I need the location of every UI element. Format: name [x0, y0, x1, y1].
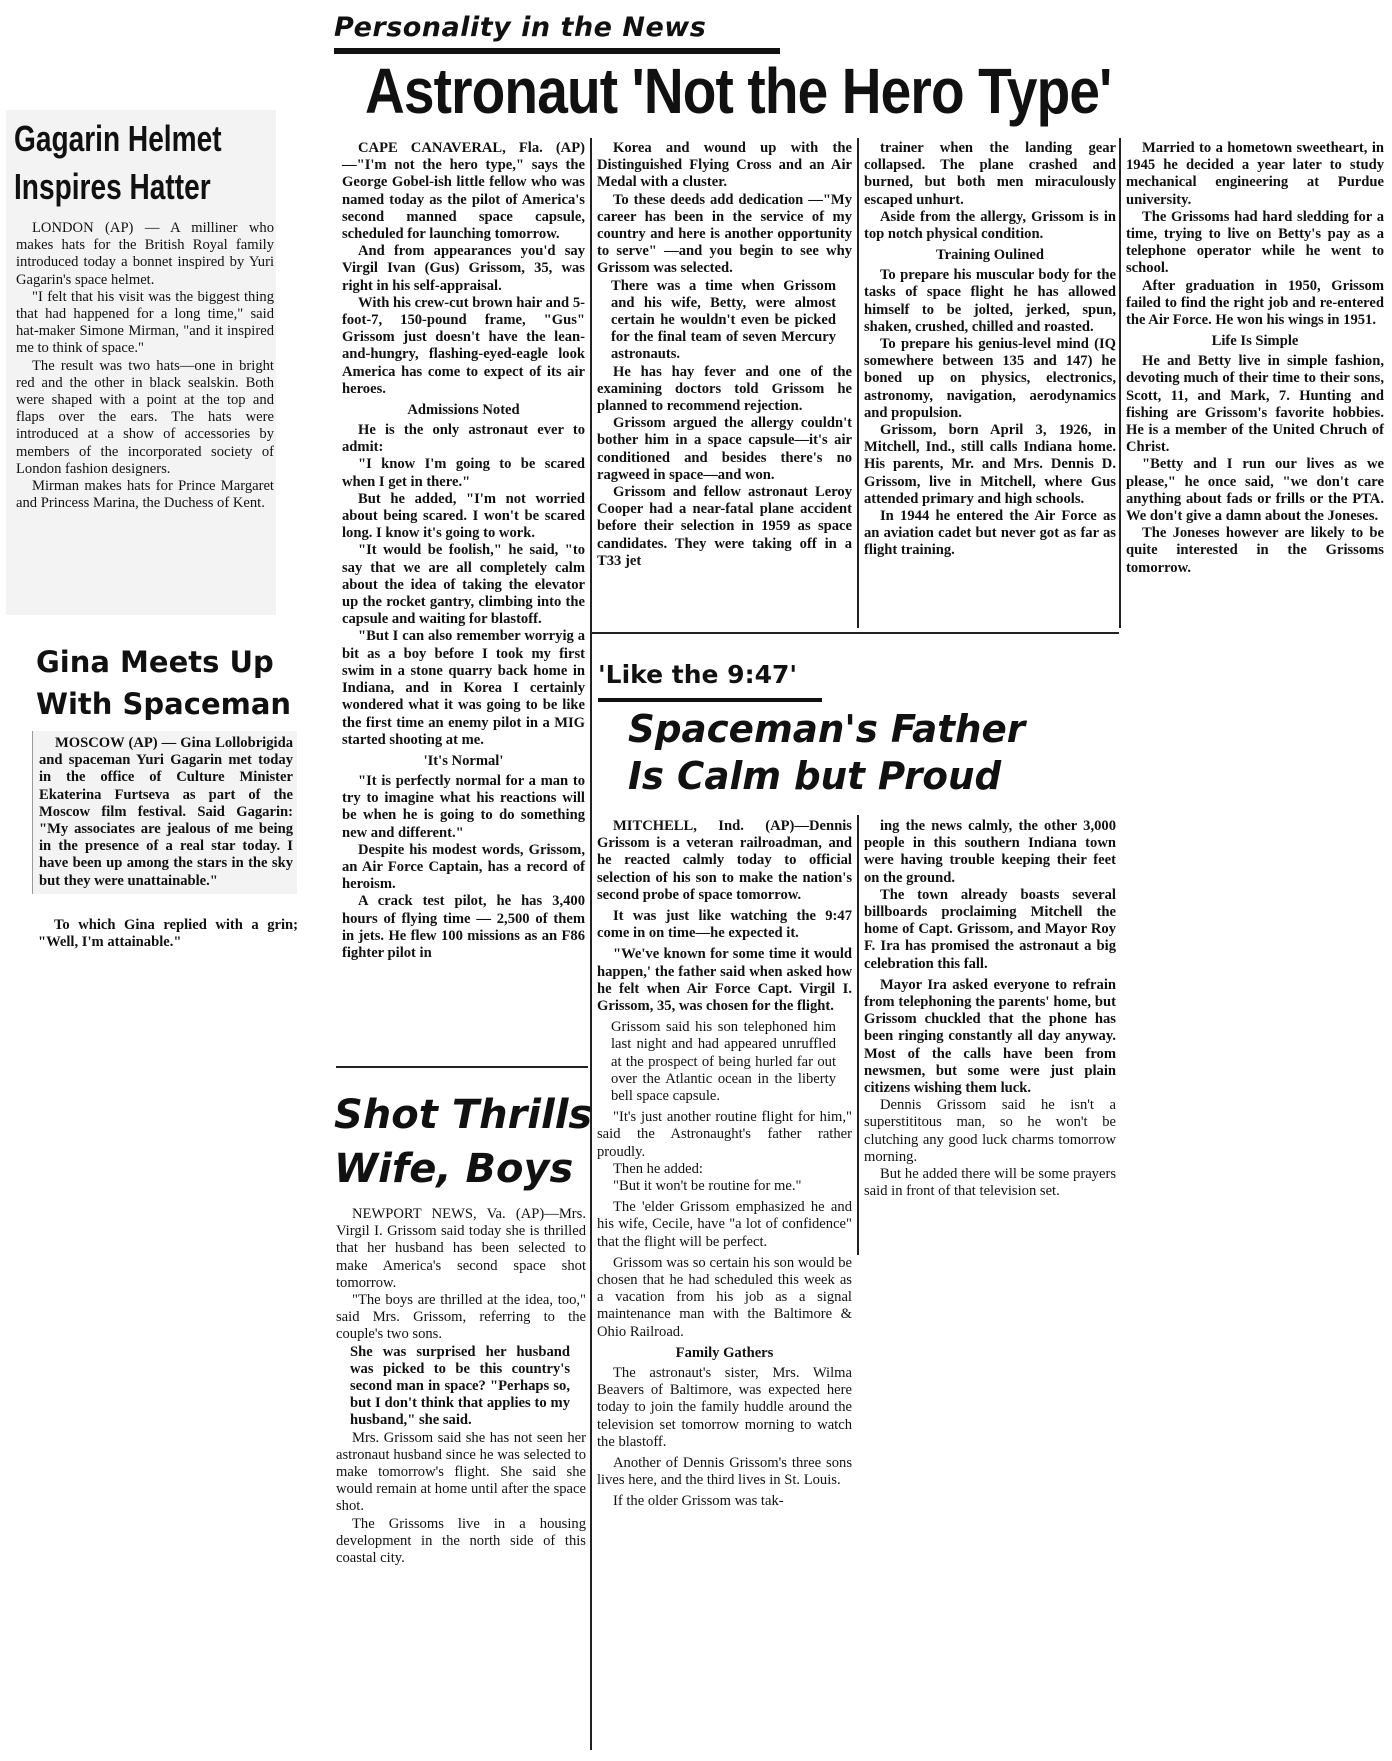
main-col-1: CAPE CANAVERAL, Fla. (AP) —"I'm not the …: [342, 140, 585, 962]
paragraph: NEWPORT NEWS, Va. (AP)—Mrs. Virgil I. Gr…: [336, 1206, 586, 1292]
paragraph: Mayor Ira asked everyone to refrain from…: [864, 977, 1116, 1097]
gagarin-body: LONDON (AP) — A milliner who makes hats …: [16, 220, 274, 512]
paragraph: To prepare his genius-level mind (IQ som…: [864, 336, 1116, 422]
inset-paragraph: Grissom said his son telephoned him last…: [611, 1019, 836, 1105]
column-rule: [1119, 138, 1121, 628]
paragraph: Despite his modest words, Grissom, an Ai…: [342, 842, 585, 894]
paragraph: The result was two hats—one in bright re…: [16, 358, 274, 478]
subheading: Admissions Noted: [342, 400, 585, 420]
inset-paragraph: There was a time when Grissom and his wi…: [611, 278, 836, 364]
main-col-3: trainer when the landing gear collapsed.…: [864, 140, 1116, 560]
gina-body-end: To which Gina replied with a grin; "Well…: [38, 917, 298, 951]
paragraph: A crack test pilot, he has 3,400 hours o…: [342, 893, 585, 962]
paragraph: Grissom argued the allergy couldn't both…: [597, 415, 852, 484]
paragraph: The Grissoms had hard sledding for a tim…: [1126, 209, 1384, 278]
paragraph: The town already boasts several billboar…: [864, 887, 1116, 973]
paragraph: "Betty and I run our lives as we please,…: [1126, 456, 1384, 525]
paragraph: Another of Dennis Grissom's three sons l…: [597, 1455, 852, 1489]
subheading: 'It's Normal': [342, 751, 585, 771]
paragraph: To these deeds add dedication —"My caree…: [597, 192, 852, 278]
paragraph: Mirman makes hats for Prince Margaret an…: [16, 478, 274, 512]
paragraph: MOSCOW (AP) — Gina Lollobrigida and spac…: [39, 735, 293, 890]
gagarin-headline-line2: Inspires Hatter: [14, 166, 211, 208]
paragraph: Grissom and fellow astronaut Leroy Coope…: [597, 484, 852, 570]
father-col-1: MITCHELL, Ind. (AP)—Dennis Grissom is a …: [597, 818, 852, 1511]
paragraph: The 'elder Grissom emphasized he and his…: [597, 1199, 852, 1251]
paragraph: In 1944 he entered the Air Force as an a…: [864, 508, 1116, 560]
paragraph: LONDON (AP) — A milliner who makes hats …: [16, 220, 274, 289]
paragraph: "I felt that his visit was the biggest t…: [16, 289, 274, 358]
gina-headline-line2: With Spaceman: [36, 687, 291, 721]
story-divider: [336, 1066, 588, 1068]
wife-headline-line2: Wife, Boys: [334, 1146, 573, 1192]
paragraph: Married to a hometown sweetheart, in 194…: [1126, 140, 1384, 209]
column-rule: [857, 138, 859, 628]
gagarin-headline-line1: Gagarin Helmet: [14, 118, 222, 160]
paragraph: Grissom was so certain his son would be …: [597, 1255, 852, 1341]
paragraph: Dennis Grissom said he isn't a superstit…: [864, 1097, 1116, 1166]
paragraph: "It is perfectly normal for a man to try…: [342, 773, 585, 842]
paragraph: He has hay fever and one of the examinin…: [597, 364, 852, 416]
paragraph: MITCHELL, Ind. (AP)—Dennis Grissom is a …: [597, 818, 852, 904]
paragraph: He is the only astronaut ever to admit:: [342, 422, 585, 456]
gina-body: MOSCOW (AP) — Gina Lollobrigida and spac…: [32, 731, 297, 894]
paragraph: It was just like watching the 9:47 come …: [597, 908, 852, 942]
subheading: Life Is Simple: [1126, 331, 1384, 351]
paragraph: "But I can also remember worryig a bit a…: [342, 628, 585, 748]
paragraph: CAPE CANAVERAL, Fla. (AP) —"I'm not the …: [342, 140, 585, 243]
column-rule: [590, 138, 592, 1750]
main-col-2: Korea and wound up with the Distinguishe…: [597, 140, 852, 570]
paragraph: The Joneses however are likely to be qui…: [1126, 525, 1384, 577]
paragraph: If the older Grissom was tak-: [597, 1493, 852, 1510]
story-divider: [592, 632, 1119, 634]
father-kicker: 'Like the 9:47': [598, 660, 797, 689]
wife-headline-line1: Shot Thrills: [334, 1092, 592, 1138]
paragraph: Korea and wound up with the Distinguishe…: [597, 140, 852, 192]
paragraph: ing the news calmly, the other 3,000 peo…: [864, 818, 1116, 887]
main-col-4: Married to a hometown sweetheart, in 194…: [1126, 140, 1384, 577]
paragraph: But he added, "I'm not worried about bei…: [342, 491, 585, 543]
paragraph: Mrs. Grissom said she has not seen her a…: [336, 1430, 586, 1516]
paragraph: The astronaut's sister, Mrs. Wilma Beave…: [597, 1365, 852, 1451]
paragraph: trainer when the landing gear collapsed.…: [864, 140, 1116, 209]
father-col-2: ing the news calmly, the other 3,000 peo…: [864, 818, 1116, 1200]
paragraph: To which Gina replied with a grin; "Well…: [38, 917, 298, 951]
paragraph: And from appearances you'd say Virgil Iv…: [342, 243, 585, 295]
paragraph: "It would be foolish," he said, "to say …: [342, 542, 585, 628]
paragraph: "We've known for some time it would happ…: [597, 946, 852, 1015]
inset-paragraph: She was surprised her husband was picked…: [350, 1344, 570, 1430]
paragraph: Then he added:: [597, 1161, 852, 1178]
column-rule: [857, 815, 859, 1255]
paragraph: "The boys are thrilled at the idea, too,…: [336, 1292, 586, 1344]
main-kicker: Personality in the News: [334, 12, 706, 43]
paragraph: To prepare his muscular body for the tas…: [864, 267, 1116, 336]
paragraph: Grissom, born April 3, 1926, in Mitchell…: [864, 422, 1116, 508]
paragraph: After graduation in 1950, Grissom failed…: [1126, 278, 1384, 330]
father-headline-line1: Spaceman's Father: [628, 707, 1025, 751]
gina-headline-line1: Gina Meets Up: [36, 645, 274, 679]
main-headline: Astronaut 'Not the Hero Type': [365, 54, 1111, 128]
subheading: Training Oulined: [864, 245, 1116, 265]
father-headline-line2: Is Calm but Proud: [628, 754, 1001, 798]
gagarin-helmet-article: Gagarin Helmet Inspires Hatter LONDON (A…: [6, 110, 276, 615]
paragraph: The Grissoms live in a housing developme…: [336, 1516, 586, 1568]
gina-meets-article: Gina Meets Up With Spaceman MOSCOW (AP) …: [30, 645, 300, 955]
paragraph: But he added there will be some prayers …: [864, 1166, 1116, 1200]
paragraph: He and Betty live in simple fashion, dev…: [1126, 353, 1384, 456]
paragraph: "I know I'm going to be scared when I ge…: [342, 456, 585, 490]
paragraph: Aside from the allergy, Grissom is in to…: [864, 209, 1116, 243]
wife-col: NEWPORT NEWS, Va. (AP)—Mrs. Virgil I. Gr…: [336, 1206, 586, 1567]
paragraph: With his crew-cut brown hair and 5-foot-…: [342, 295, 585, 398]
subheading: Family Gathers: [597, 1343, 852, 1363]
paragraph: "It's just another routine flight for hi…: [597, 1109, 852, 1161]
father-kicker-underline: [598, 698, 822, 702]
paragraph: "But it won't be routine for me.": [597, 1178, 852, 1195]
